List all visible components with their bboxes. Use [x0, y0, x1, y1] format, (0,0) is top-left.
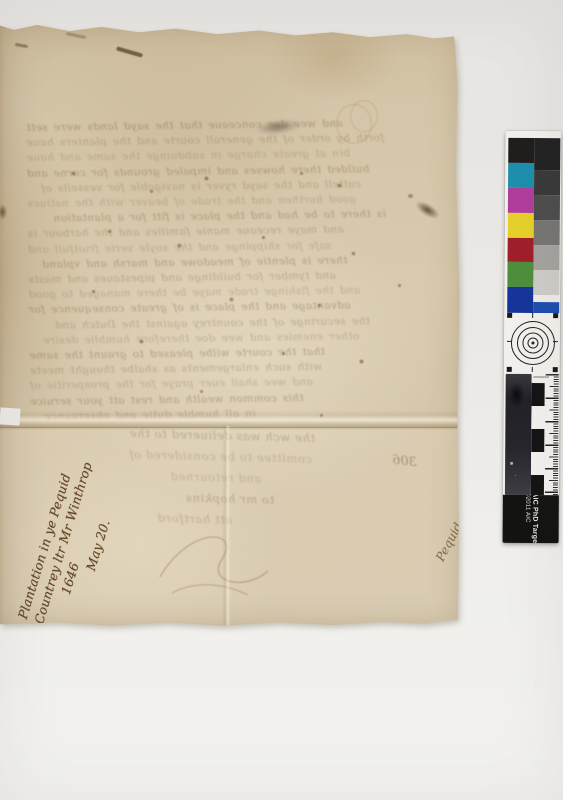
- fold-edge-gap: [0, 407, 21, 425]
- aic-phd-target: AIC PhD Target ©2011 AIC: [503, 131, 562, 543]
- manuscript-page-wrap: and wee doe conceaue that the sayd lands…: [0, 22, 462, 628]
- bleedthrough-text-upper: and wee doe conceaue that the sayd lands…: [26, 115, 450, 425]
- patch-navy: [507, 287, 533, 313]
- target-label: AIC PhD Target ©2011 AIC: [503, 495, 559, 543]
- ink-mark: [15, 43, 28, 48]
- mirrored-number: 306: [391, 453, 417, 471]
- target-label-name: AIC PhD Target: [530, 495, 538, 543]
- endorsement-annotation: B :Pequid Countrey: [420, 460, 494, 564]
- patch-blue: [533, 302, 559, 313]
- bullseye-target: [507, 313, 558, 372]
- handwriting-line: B :: [457, 460, 481, 488]
- manuscript-page: and wee doe conceaue that the sayd lands…: [0, 22, 462, 628]
- patch-red: [508, 238, 534, 262]
- patch-yellow: [508, 213, 534, 238]
- pen-flourish: [150, 515, 280, 605]
- corner-mark: [553, 313, 558, 318]
- ink-stain: [0, 204, 7, 220]
- corner-mark: [553, 367, 558, 372]
- patch-green: [507, 262, 533, 287]
- patch-gray-4: [534, 220, 560, 245]
- ruler-checker-scale: [531, 383, 545, 495]
- ink-mark: [66, 32, 86, 39]
- crosshair-tick: [532, 313, 533, 318]
- corner-mark: [507, 313, 512, 318]
- patch-gray-2: [534, 170, 560, 195]
- ruler-cm-ticks: [545, 374, 559, 495]
- patch-cyan: [508, 163, 534, 188]
- patch-black: [508, 138, 534, 163]
- crosshair-tick: [531, 367, 532, 372]
- ink-mark: [116, 46, 143, 57]
- patch-gray-6: [533, 270, 559, 295]
- patch-gray-3: [534, 195, 560, 220]
- archival-annotation: Plantation in ye PequidCountrey ltr Mr W…: [14, 455, 128, 636]
- bullseye-center-dot: [531, 341, 534, 344]
- ink-specks: [0, 22, 3, 25]
- patch-gray-5: [533, 245, 559, 270]
- crosshair-tick: [553, 341, 558, 342]
- photograph: and wee doe conceaue that the sayd lands…: [0, 0, 563, 800]
- film-density-strip: [505, 374, 532, 495]
- handwriting-line: Pequid Countrey: [433, 467, 494, 564]
- corner-mark: [507, 367, 512, 372]
- crosshair-tick: [507, 341, 512, 342]
- patch-magenta: [508, 188, 534, 213]
- ruler: [531, 374, 559, 495]
- patch-gray-1: [534, 138, 560, 170]
